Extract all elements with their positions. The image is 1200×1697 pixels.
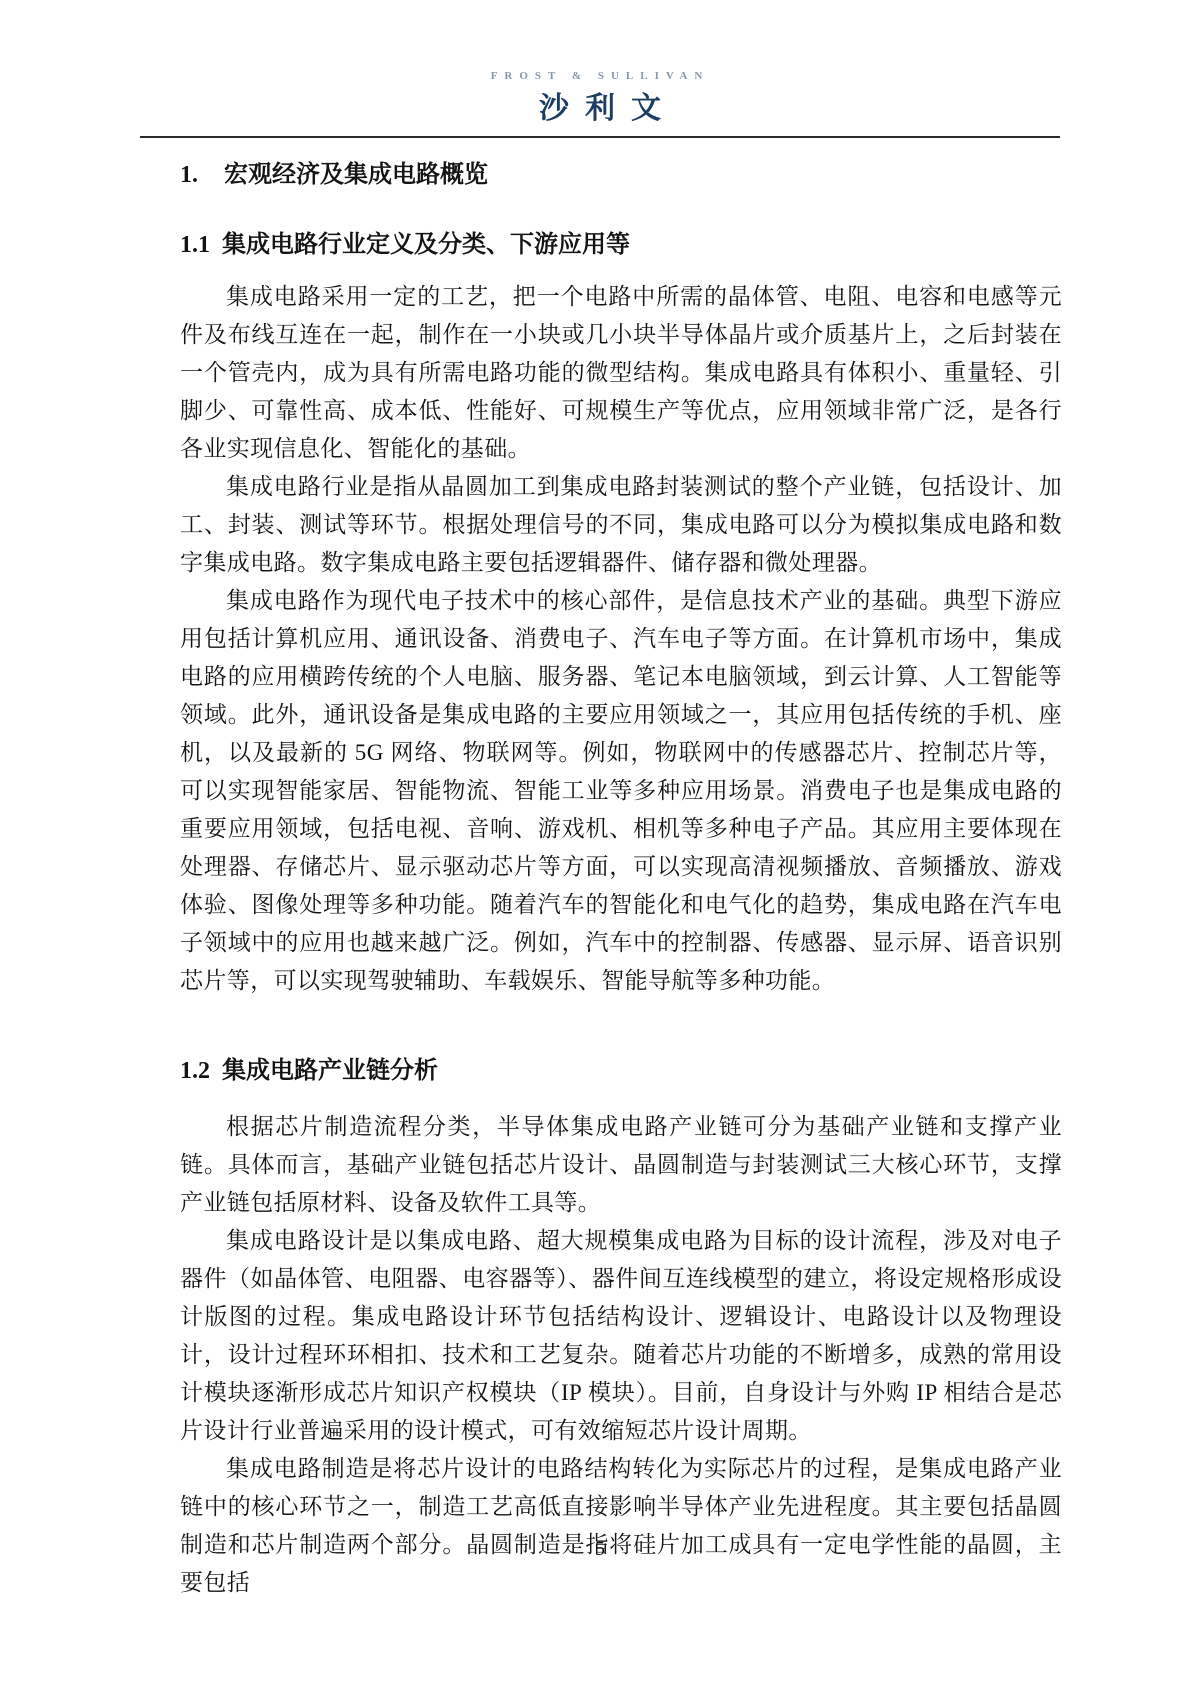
body-paragraph-1: 集成电路采用一定的工艺，把一个电路中所需的晶体管、电阻、电容和电感等元件及布线互…: [180, 278, 1062, 468]
body-paragraph-2: 集成电路行业是指从晶圆加工到集成电路封装测试的整个产业链，包括设计、加工、封装、…: [180, 468, 1062, 582]
page-number: 5: [0, 1538, 1200, 1561]
section-heading-1-2: 1.2 集成电路产业链分析: [180, 1054, 1062, 1088]
body-paragraph-3: 集成电路作为现代电子技术中的核心部件，是信息技术产业的基础。典型下游应用包括计算…: [180, 582, 1062, 1000]
section-title: 集成电路产业链分析: [222, 1058, 438, 1084]
body-paragraph-4: 根据芯片制造流程分类，半导体集成电路产业链可分为基础产业链和支撑产业链。具体而言…: [180, 1108, 1062, 1222]
section-title: 集成电路行业定义及分类、下游应用等: [222, 232, 630, 258]
logo-english-wordmark: FROST & SULLIVAN: [0, 70, 1200, 82]
section-number: 1.: [180, 162, 198, 188]
section-heading-1: 1. 宏观经济及集成电路概览: [180, 158, 1062, 192]
section-number: 1.2: [180, 1058, 210, 1084]
section-number: 1.1: [180, 232, 210, 258]
body-paragraph-6: 集成电路制造是将芯片设计的电路结构转化为实际芯片的过程，是集成电路产业链中的核心…: [180, 1450, 1062, 1602]
header-divider-line: [140, 136, 1060, 138]
document-body: 1. 宏观经济及集成电路概览 1.1 集成电路行业定义及分类、下游应用等 集成电…: [180, 158, 1062, 1602]
frost-sullivan-logo: FROST & SULLIVAN 沙利文: [0, 70, 1200, 127]
page-header: FROST & SULLIVAN 沙利文: [0, 0, 1200, 138]
section-title: 宏观经济及集成电路概览: [224, 162, 488, 188]
section-heading-1-1: 1.1 集成电路行业定义及分类、下游应用等: [180, 228, 1062, 262]
logo-chinese-wordmark: 沙利文: [0, 83, 1200, 127]
body-paragraph-5: 集成电路设计是以集成电路、超大规模集成电路为目标的设计流程，涉及对电子器件（如晶…: [180, 1222, 1062, 1450]
document-page: FROST & SULLIVAN 沙利文 1. 宏观经济及集成电路概览 1.1 …: [0, 0, 1200, 1697]
